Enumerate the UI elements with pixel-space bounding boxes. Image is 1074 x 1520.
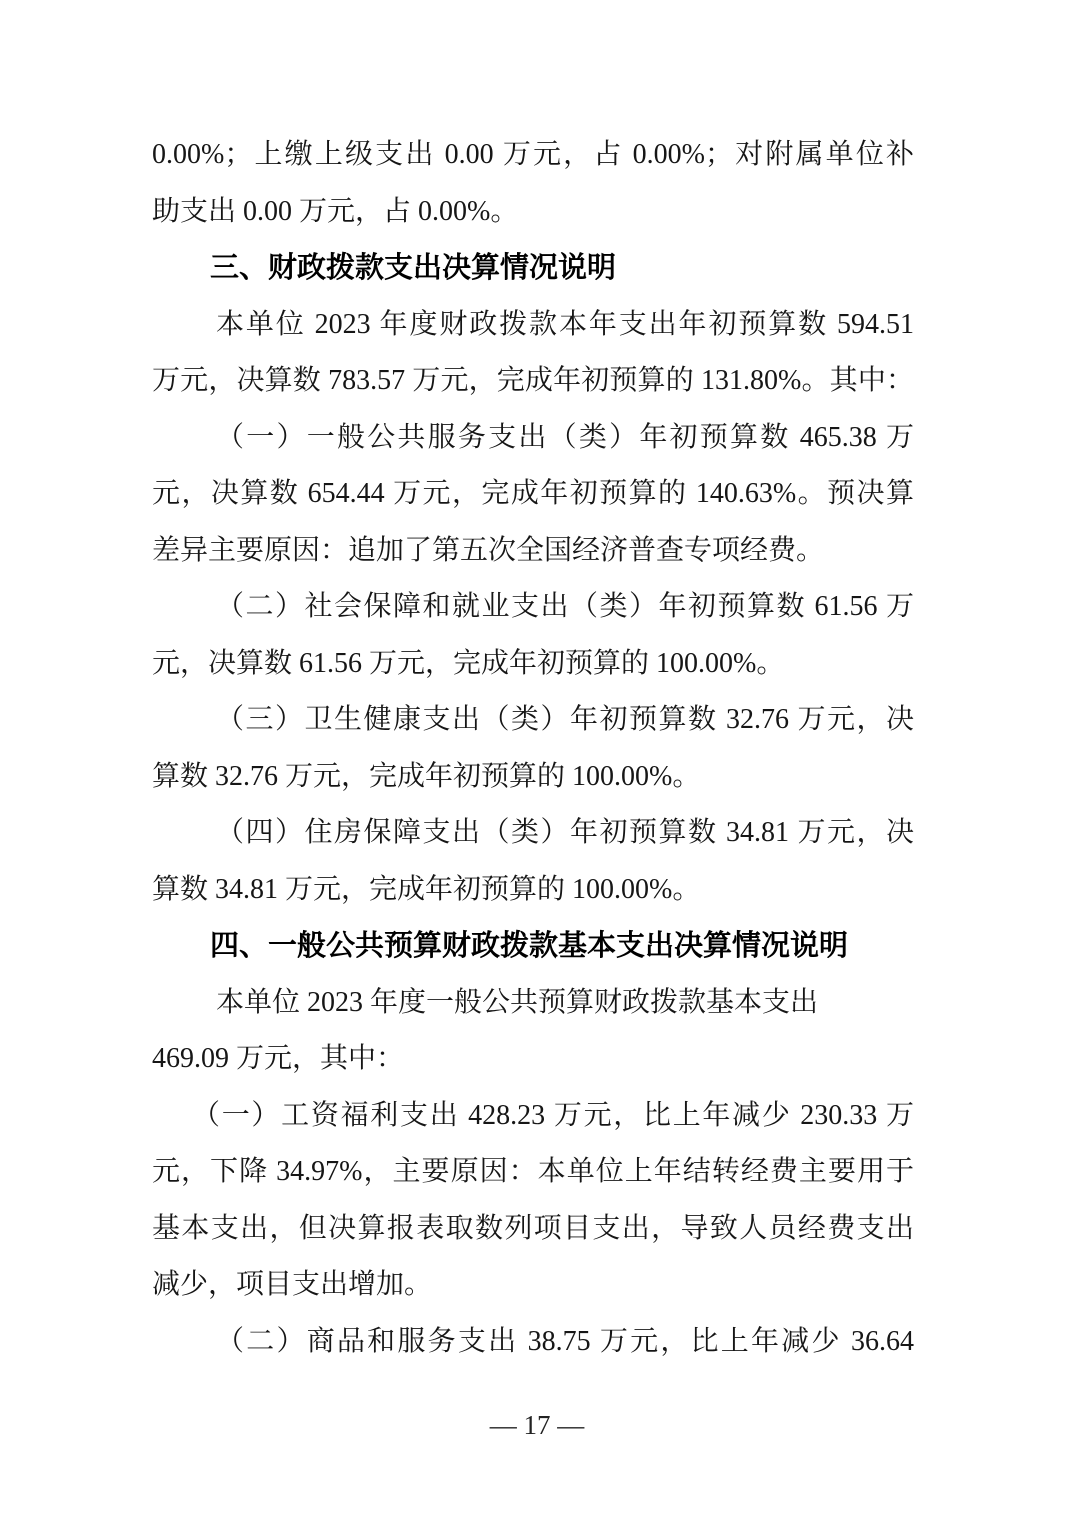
overflow-para-line-1: 0.00%；上缴上级支出 0.00 万元，占 0.00%；对附属单位补	[152, 127, 914, 184]
overflow-para-line-2: 助支出 0.00 万元，占 0.00%。	[152, 184, 914, 241]
section3-heading: 三、财政拨款支出决算情况说明	[152, 240, 914, 297]
s3-item2-line-1: （二）社会保障和就业支出（类）年初预算数 61.56 万	[152, 579, 914, 636]
s3-item3-line-2: 算数 32.76 万元，完成年初预算的 100.00%。	[152, 749, 914, 806]
s3-intro-line-2: 万元，决算数 783.57 万元，完成年初预算的 131.80%。其中：	[152, 353, 914, 410]
s3-item1-line-2: 元，决算数 654.44 万元，完成年初预算的 140.63%。预决算	[152, 466, 914, 523]
page-footer: — 17 —	[0, 1400, 1074, 1450]
s4-intro-line-1: 本单位 2023 年度一般公共预算财政拨款基本支出	[152, 975, 914, 1032]
s3-item1-line-1: （一）一般公共服务支出（类）年初预算数 465.38 万	[152, 410, 914, 467]
page-number: — 17 —	[490, 1410, 585, 1440]
s4-intro-line-2: 469.09 万元，其中：	[152, 1031, 914, 1088]
s3-item1-line-3: 差异主要原因：追加了第五次全国经济普查专项经费。	[152, 523, 914, 580]
s4-item2-line-1: （二）商品和服务支出 38.75 万元，比上年减少 36.64	[152, 1314, 914, 1371]
document-page: 0.00%；上缴上级支出 0.00 万元，占 0.00%；对附属单位补 助支出 …	[0, 0, 1074, 1520]
s4-item1-line-1: （一）工资福利支出 428.23 万元，比上年减少 230.33 万	[152, 1088, 914, 1145]
s3-item4-line-2: 算数 34.81 万元，完成年初预算的 100.00%。	[152, 862, 914, 919]
s4-item1-line-3: 基本支出，但决算报表取数列项目支出，导致人员经费支出	[152, 1201, 914, 1258]
section4-heading: 四、一般公共预算财政拨款基本支出决算情况说明	[152, 918, 914, 975]
page-body-text: 0.00%；上缴上级支出 0.00 万元，占 0.00%；对附属单位补 助支出 …	[152, 127, 914, 1370]
s3-intro-line-1: 本单位 2023 年度财政拨款本年支出年初预算数 594.51	[152, 297, 914, 354]
s4-item1-line-4: 减少，项目支出增加。	[152, 1257, 914, 1314]
s3-item2-line-2: 元，决算数 61.56 万元，完成年初预算的 100.00%。	[152, 636, 914, 693]
s3-item3-line-1: （三）卫生健康支出（类）年初预算数 32.76 万元，决	[152, 692, 914, 749]
s4-item1-line-2: 元，下降 34.97%，主要原因：本单位上年结转经费主要用于	[152, 1144, 914, 1201]
s3-item4-line-1: （四）住房保障支出（类）年初预算数 34.81 万元，决	[152, 805, 914, 862]
